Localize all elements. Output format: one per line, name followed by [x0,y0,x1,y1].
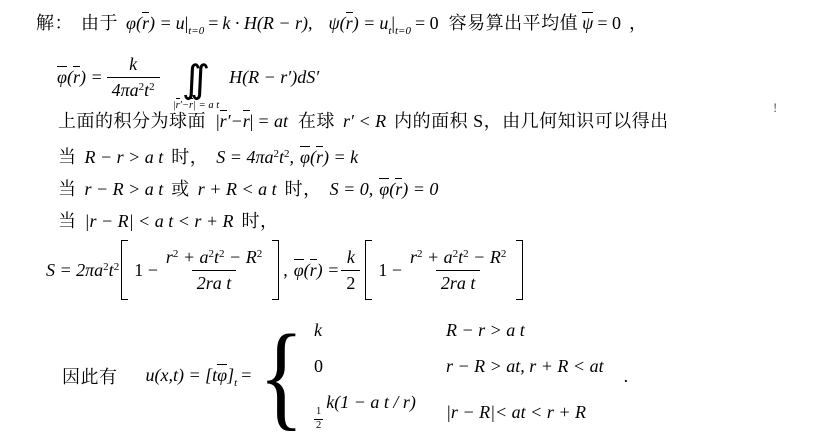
plus: + [178,247,199,267]
close-eq: ) = [317,260,340,280]
close-eq: ) = [353,13,376,33]
case2-mean: φ(r) = 0 [379,178,438,200]
one-half-fraction: 12 [314,406,323,431]
squared: 2 [257,248,263,260]
a-var: a [444,247,453,267]
phi-bar: φ [57,66,67,87]
comma: , [289,147,294,167]
right-bracket [516,240,523,300]
document-page: 解： 由于 φ(r) = u|t=0 = k · H(R − r), ψ(r) … [0,0,840,440]
case2-condition-b: r + R < a t [198,179,277,200]
r-var: r [166,247,173,267]
r-bar: r [316,146,323,167]
line-final-solution: 因此有 u(x,t) = [tφ]t= { k R − r > a t 0 r … [62,318,628,434]
geometry-fraction: r2 + a2t2 − R2 2ra t [405,247,511,294]
piecewise-cases: k R − r > a t 0 r − R > at, r + R < at 1… [314,320,604,431]
phibar-of-rbar: φ(r) = [57,66,103,88]
denominator-4pia2t2: 4πa2t2 [107,77,160,101]
case-condition: R − r > a t [446,320,604,341]
phi-bar: φ [300,146,310,167]
r-bar: r [142,12,149,33]
u-equals: u(x,t) = [t [146,365,218,385]
coefficient-fraction: k 4πa2t2 [107,54,160,101]
easy-compute-text: 容易算出平均值 [449,9,579,35]
half-denominator: 2 [314,419,323,432]
r-var: r [410,247,417,267]
line-case2: 当 r − R > a t 或 r + R < a t 时， S = 0, φ(… [58,175,438,201]
stray-mark: ! [773,100,777,116]
numerator-k: k [124,54,142,77]
when-text: 当 [58,207,77,233]
case-condition: r − R > at, r + R < at [446,356,604,377]
line-mean-formula: φ(r) = k 4πa2t2 ∫∫ |r′−r| = a t H(R − r′… [57,44,319,110]
case-value: 0 [314,356,446,377]
a-var: a [130,80,139,100]
line-intro: 解： 由于 φ(r) = u|t=0 = k · H(R − r), ψ(r) … [36,9,647,37]
case1-condition: R − r > a t [85,147,164,168]
case3-condition: |r − R| < a t < r + R [85,211,234,232]
equals: = [241,365,251,385]
psi-initial-condition: ψ(r) = [328,12,375,34]
integrand: H(R − r′)dS′ [229,67,319,88]
since-text: 由于 [81,9,118,35]
s-equals: S = 2π [46,260,94,280]
denominator-2: 2 [341,270,360,294]
sphere-text: 上面的积分为球面 [58,107,206,133]
s-coefficient: S = 2πa2t2 [46,260,119,281]
equals-k: ) = k [323,147,358,167]
fraction-numerator: r2 + a2t2 − R2 [161,247,267,270]
cjk-comma: ， [629,9,648,35]
case2-area: S = 0, [330,179,374,200]
s-equals: S = 4π [216,147,264,167]
abs-bar: | [250,111,254,131]
right-bracket [272,240,279,300]
case-value: k [314,320,446,341]
squared: 2 [149,81,155,93]
r-bar: r [310,259,317,280]
R-var: R [490,247,501,267]
case-condition: |r − R|< at < r + R [446,402,604,423]
one-minus: 1 − [378,260,402,281]
when-text: 当 [58,143,77,169]
k-over-2: k 2 [341,247,360,294]
left-brace: { [259,322,304,431]
line-case3-formula: S = 2πa2t2 1 − r2 + a2t2 − R2 2ra t , φ(… [46,239,525,301]
fraction-denominator: 2ra t [192,270,237,294]
in-ball-text: 在球 [298,107,335,133]
equals: = [208,13,218,34]
r-bar: r [346,12,353,33]
then-text: 时， [171,143,208,169]
final-period: . [624,366,629,387]
line-sphere-explanation: 上面的积分为球面 |r′−r|= at 在球 r′ < R 内的面积 S，由几何… [58,107,669,133]
area-text: 内的面积 S，由几何知识可以得出 [394,107,669,133]
rprime-lt-R: r′ < R [343,111,386,132]
minus: ′− [227,111,243,131]
r-bar: r [243,110,250,131]
therefore-text: 因此有 [62,363,118,389]
t0-subscript: t=0 [188,25,204,37]
then-text: 时， [241,207,278,233]
phi-bar: φ [379,178,389,199]
phi-bar: φ [294,259,304,280]
r-bar: r [73,66,80,87]
sphere-equation: |r′−r|= at [216,110,288,132]
u-at-t0: u|t=0 [176,13,205,37]
case-value-expression: k(1 − a t / r) [326,392,416,412]
comma: , [283,260,288,281]
case2-condition-a: r − R > a t [85,179,164,200]
t-subscript: t [234,377,237,389]
geometry-fraction: r2 + a2t2 − R2 2ra t [161,247,267,294]
case-value: 12k(1 − a t / r) [314,392,446,431]
fraction-numerator: r2 + a2t2 − R2 [405,247,511,270]
when-text: 当 [58,175,77,201]
u-var: u [379,13,388,33]
left-bracket [121,240,128,300]
then-text: 时， [285,175,322,201]
solution-label: 解： [36,9,73,35]
phi-initial-condition: φ(r) = [126,12,172,34]
numerator-k: k [342,247,360,270]
u-var: u [176,13,185,33]
double-integral: ∫∫ |r′−r| = a t [173,60,219,111]
plus: + [422,247,443,267]
close-eq: ) = [80,67,103,87]
a-var: a [94,260,103,280]
R-var: R [246,247,257,267]
half-numerator: 1 [316,406,321,418]
four-pi: 4π [112,80,130,100]
equals-at: = at [257,111,288,131]
equals-zero: = 0 [415,13,439,34]
psi-open: ψ( [328,13,345,33]
case1-area: S = 4πa2t2, [216,147,294,168]
phi-open: φ( [126,13,142,33]
psi-mean-bar: ψ [582,12,593,33]
fraction-denominator: 2ra t [436,270,481,294]
ut-at-t0: ut|t=0 [379,13,411,37]
squared: 2 [501,248,507,260]
double-integral-icon: ∫∫ [182,60,210,100]
r-bar-prime: r [220,110,227,131]
case1-mean: φ(r) = k [300,146,358,168]
t0-subscript: t=0 [395,25,411,37]
line-case3: 当 |r − R| < a t < r + R 时， [58,207,278,233]
k-heaviside: k · H(R − r), [222,13,312,34]
u-definition: u(x,t) = [tφ]t= [146,364,252,389]
equals-zero: = 0 [597,13,621,34]
one-minus: 1 − [134,260,158,281]
left-bracket [365,240,372,300]
close-eq: ) = [149,13,172,33]
a-var: a [200,247,209,267]
minus: − [469,247,490,267]
or-text: 或 [171,175,190,201]
phibar-of-rbar: φ(r) = [294,259,340,281]
squared: 2 [114,261,120,273]
minus: − [225,247,246,267]
phi-bar: φ [217,364,227,385]
line-case1: 当 R − r > a t 时， S = 4πa2t2, φ(r) = k [58,143,358,169]
equals-zero: ) = 0 [402,179,438,199]
